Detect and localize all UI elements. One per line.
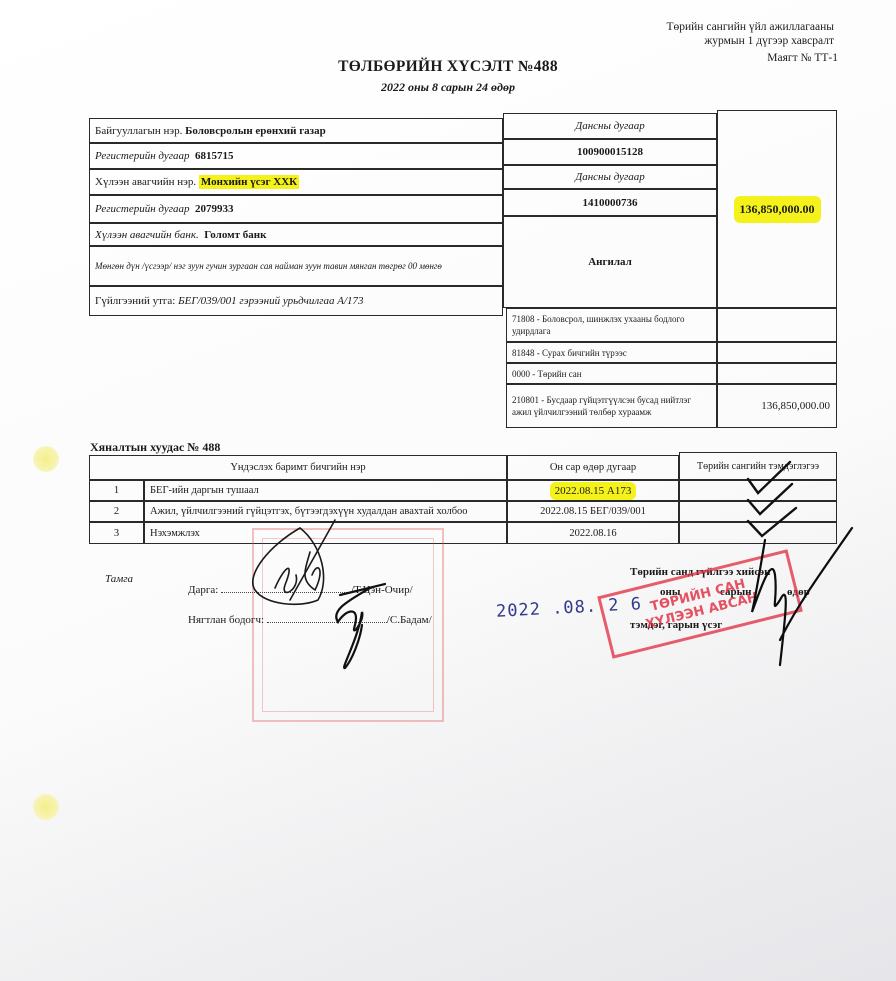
accountant-signature	[336, 584, 385, 668]
treasury-signature	[752, 528, 852, 665]
handwriting-overlay	[0, 0, 896, 981]
director-signature	[253, 520, 335, 604]
check-mark-icon	[748, 462, 796, 536]
